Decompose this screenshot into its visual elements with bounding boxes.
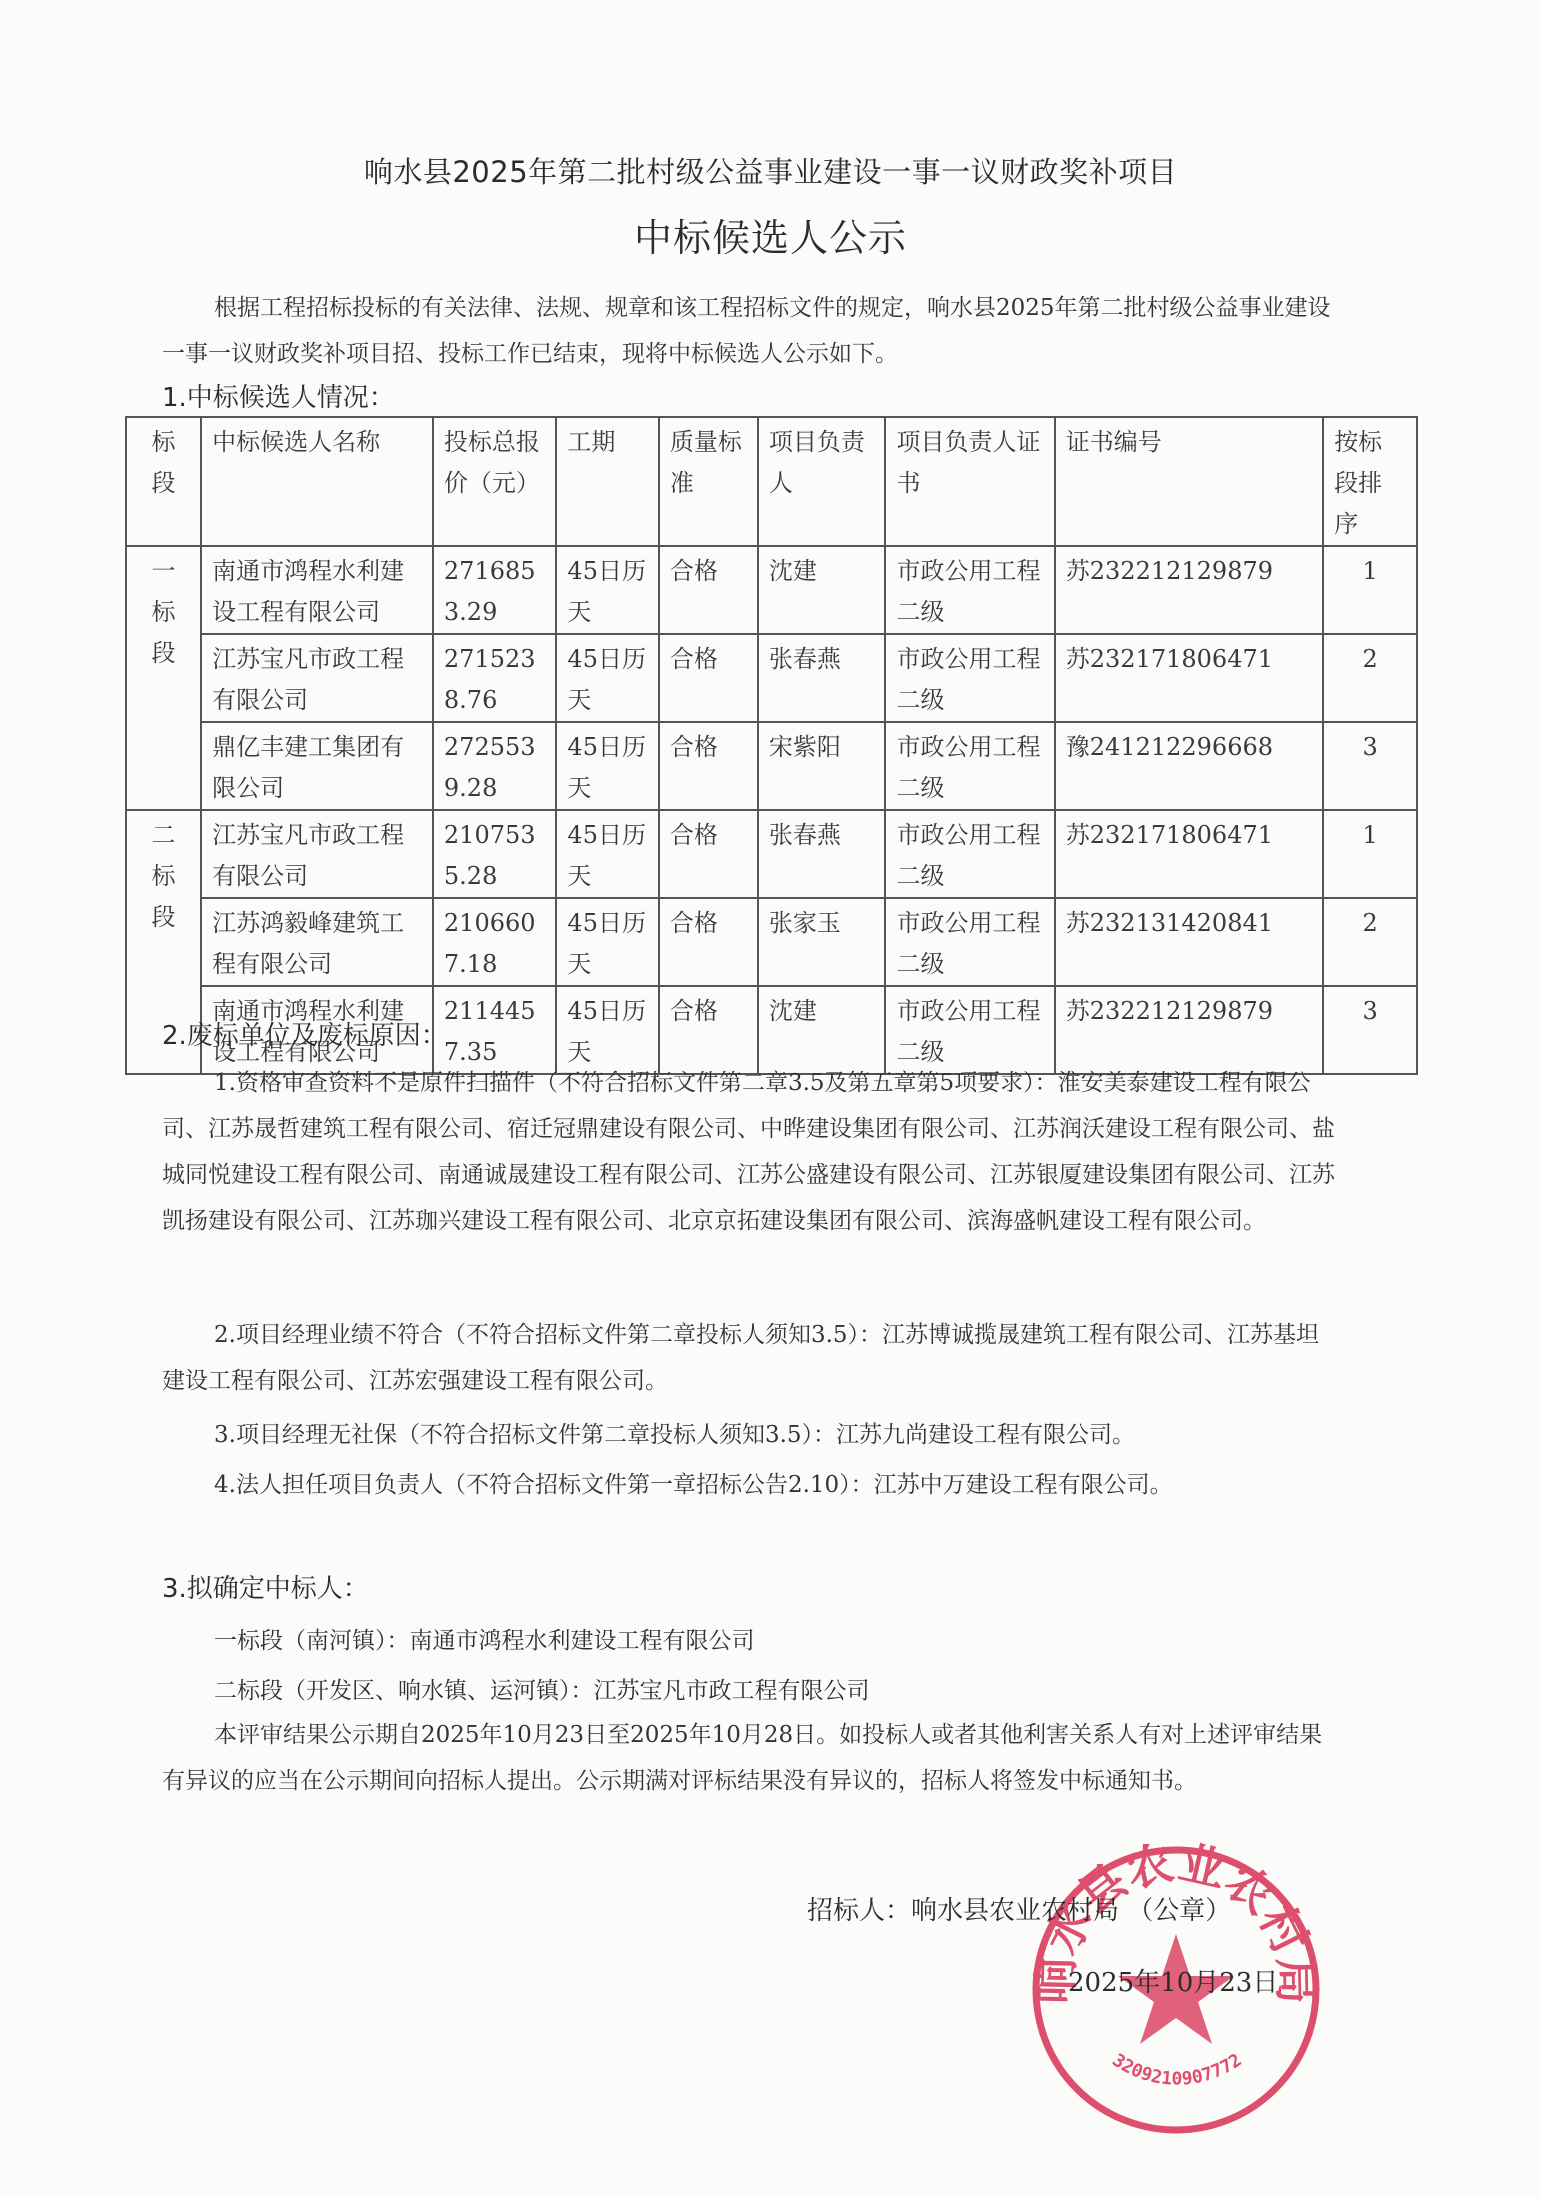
header-quality: 质量标准 bbox=[659, 417, 758, 546]
cell-price: 2106607.18 bbox=[433, 898, 557, 986]
cell-rank: 2 bbox=[1323, 898, 1417, 986]
table-header-row: 标段 中标候选人名称 投标总报价（元） 工期 质量标准 项目负责人 项目负责人证… bbox=[126, 417, 1417, 546]
cell-duration: 45日历天 bbox=[556, 722, 658, 810]
cell-name: 鼎亿丰建工集团有限公司 bbox=[201, 722, 433, 810]
cell-manager: 张家玉 bbox=[758, 898, 886, 986]
cell-name: 江苏宝凡市政工程有限公司 bbox=[201, 810, 433, 898]
cell-manager: 张春燕 bbox=[758, 810, 886, 898]
cell-quality: 合格 bbox=[659, 634, 758, 722]
cell-price: 2715238.76 bbox=[433, 634, 557, 722]
cell-cert-no: 豫241212296668 bbox=[1055, 722, 1323, 810]
table-row: 鼎亿丰建工集团有限公司 2725539.28 45日历天 合格 宋紫阳 市政公用… bbox=[126, 722, 1417, 810]
header-price: 投标总报价（元） bbox=[433, 417, 557, 546]
cell-name: 江苏鸿毅峰建筑工程有限公司 bbox=[201, 898, 433, 986]
cell-cert: 市政公用工程二级 bbox=[885, 634, 1054, 722]
disqualification-item-2: 2.项目经理业绩不符合（不符合招标文件第二章投标人须知3.5）：江苏博诚揽晟建筑… bbox=[162, 1312, 1338, 1404]
cell-price: 2716853.29 bbox=[433, 546, 557, 634]
cell-rank: 2 bbox=[1323, 634, 1417, 722]
cell-quality: 合格 bbox=[659, 546, 758, 634]
svg-text:3209210907772: 3209210907772 bbox=[1108, 2050, 1245, 2090]
table-row: 一标段 南通市鸿程水利建设工程有限公司 2716853.29 45日历天 合格 … bbox=[126, 546, 1417, 634]
table-row: 二标段 江苏宝凡市政工程有限公司 2107535.28 45日历天 合格 张春燕… bbox=[126, 810, 1417, 898]
cell-cert-no: 苏232171806471 bbox=[1055, 810, 1323, 898]
table-row: 江苏宝凡市政工程有限公司 2715238.76 45日历天 合格 张春燕 市政公… bbox=[126, 634, 1417, 722]
issue-date: 2025年10月23日 bbox=[1068, 1962, 1278, 1999]
cell-cert-no: 苏232171806471 bbox=[1055, 634, 1323, 722]
cell-cert: 市政公用工程二级 bbox=[885, 810, 1054, 898]
cell-manager: 张春燕 bbox=[758, 634, 886, 722]
cell-manager: 沈建 bbox=[758, 546, 886, 634]
header-name: 中标候选人名称 bbox=[201, 417, 433, 546]
cell-cert-no: 苏232212129879 bbox=[1055, 546, 1323, 634]
table-row: 江苏鸿毅峰建筑工程有限公司 2106607.18 45日历天 合格 张家玉 市政… bbox=[126, 898, 1417, 986]
intro-paragraph: 根据工程招标投标的有关法律、法规、规章和该工程招标文件的规定，响水县2025年第… bbox=[162, 285, 1338, 377]
award-segment-1: 一标段（南河镇）：南通市鸿程水利建设工程有限公司 bbox=[214, 1622, 755, 1655]
award-segment-2: 二标段（开发区、响水镇、运河镇）：江苏宝凡市政工程有限公司 bbox=[214, 1672, 870, 1705]
section3-heading: 3.拟确定中标人： bbox=[162, 1568, 369, 1605]
cell-name: 江苏宝凡市政工程有限公司 bbox=[201, 634, 433, 722]
header-rank: 按标段排序 bbox=[1323, 417, 1417, 546]
issuer-signature: 招标人：响水县农业农村局 （公章） bbox=[807, 1890, 1231, 1927]
notice-paragraph: 本评审结果公示期自2025年10月23日至2025年10月28日。如投标人或者其… bbox=[162, 1712, 1338, 1804]
disqualification-item-1: 1.资格审查资料不是原件扫描件（不符合招标文件第二章3.5及第五章第5项要求）：… bbox=[162, 1060, 1338, 1244]
candidate-table: 标段 中标候选人名称 投标总报价（元） 工期 质量标准 项目负责人 项目负责人证… bbox=[125, 416, 1418, 1075]
disqualification-item-3: 3.项目经理无社保（不符合招标文件第二章投标人须知3.5）：江苏九尚建设工程有限… bbox=[162, 1412, 1338, 1458]
header-manager: 项目负责人 bbox=[758, 417, 886, 546]
section2-heading: 2.废标单位及废标原因： bbox=[162, 1015, 447, 1052]
cell-duration: 45日历天 bbox=[556, 634, 658, 722]
segment-cell: 一标段 bbox=[126, 546, 201, 810]
header-segment: 标段 bbox=[126, 417, 201, 546]
cell-quality: 合格 bbox=[659, 898, 758, 986]
cell-duration: 45日历天 bbox=[556, 546, 658, 634]
header-cert-no: 证书编号 bbox=[1055, 417, 1323, 546]
cell-cert: 市政公用工程二级 bbox=[885, 722, 1054, 810]
cell-manager: 宋紫阳 bbox=[758, 722, 886, 810]
cell-duration: 45日历天 bbox=[556, 810, 658, 898]
cell-name: 南通市鸿程水利建设工程有限公司 bbox=[201, 546, 433, 634]
document-subtitle: 中标候选人公示 bbox=[0, 207, 1541, 262]
cell-rank: 3 bbox=[1323, 722, 1417, 810]
cell-cert: 市政公用工程二级 bbox=[885, 898, 1054, 986]
disqualification-item-4: 4.法人担任项目负责人（不符合招标文件第一章招标公告2.10）：江苏中万建设工程… bbox=[162, 1462, 1338, 1508]
cell-cert-no: 苏232131420841 bbox=[1055, 898, 1323, 986]
cell-price: 2107535.28 bbox=[433, 810, 557, 898]
section1-heading: 1.中标候选人情况： bbox=[162, 377, 395, 414]
cell-quality: 合格 bbox=[659, 722, 758, 810]
cell-rank: 1 bbox=[1323, 546, 1417, 634]
header-cert: 项目负责人证书 bbox=[885, 417, 1054, 546]
header-duration: 工期 bbox=[556, 417, 658, 546]
cell-quality: 合格 bbox=[659, 810, 758, 898]
document-title: 响水县2025年第二批村级公益事业建设一事一议财政奖补项目 bbox=[0, 150, 1541, 191]
cell-price: 2725539.28 bbox=[433, 722, 557, 810]
cell-cert: 市政公用工程二级 bbox=[885, 546, 1054, 634]
cell-duration: 45日历天 bbox=[556, 898, 658, 986]
cell-rank: 1 bbox=[1323, 810, 1417, 898]
document-page: 响水县2025年第二批村级公益事业建设一事一议财政奖补项目 中标候选人公示 根据… bbox=[0, 0, 1541, 2198]
